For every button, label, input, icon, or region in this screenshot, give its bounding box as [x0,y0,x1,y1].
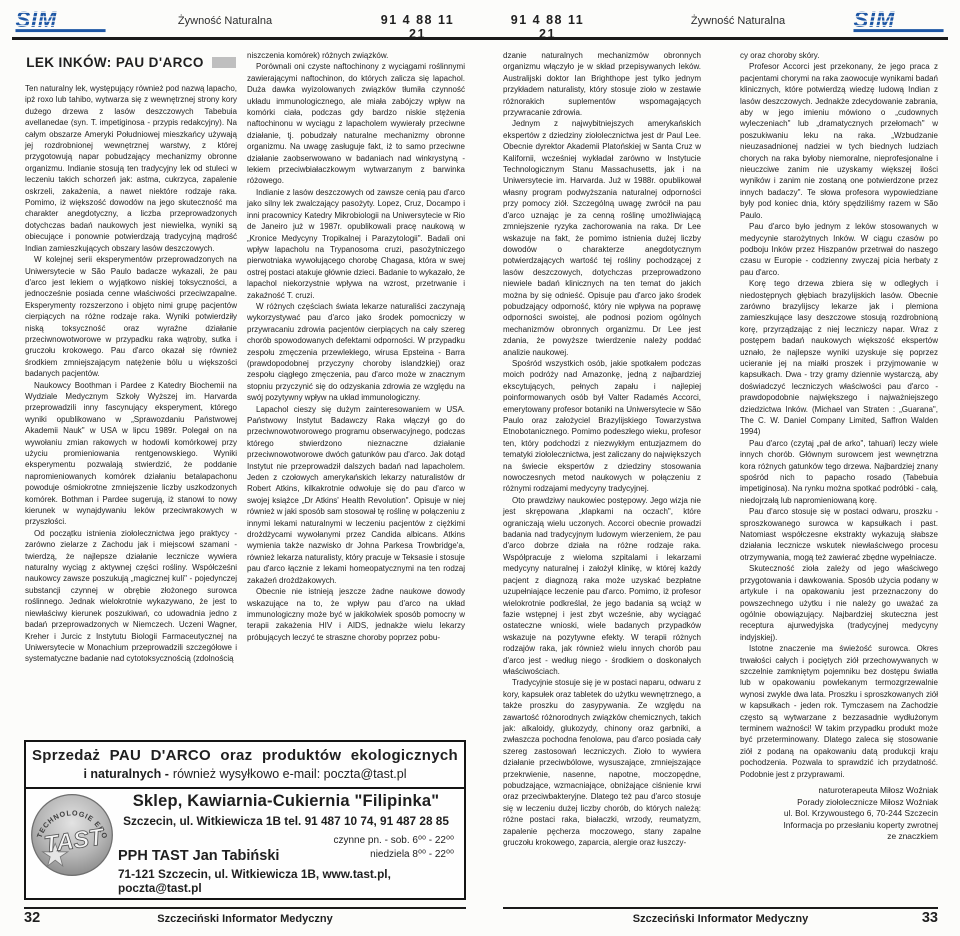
ad-hours-weekdays: czynne pn. - sob. 6⁰⁰ - 22⁰⁰ [333,834,454,848]
paragraph: Obecnie nie istnieją jeszcze żadne nauko… [247,586,465,643]
sim-logo-left: SIM [14,6,110,41]
paragraph: Indianie z lasów deszczowych od zawsze c… [247,187,465,301]
paragraph: niszczenia komórek) różnych związków. [247,50,465,61]
page33-column-2: cy oraz choroby skóry.Profesor Accorci j… [740,50,938,902]
paragraph: W różnych częściach świata lekarze natur… [247,301,465,404]
ad-divider-rule [24,787,466,789]
paragraph: W kolejnej serii eksperymentów przeprowa… [25,254,237,379]
paragraph: Pau d'arco (czytaj „pał de arko", tahuar… [740,438,938,506]
footer-rule-left [24,907,466,909]
journal-title-left: Szczeciński Informator Medyczny [24,913,466,925]
ad-shop-address: Szczecin, ul. Witkiewicza 1B tel. 91 487… [112,814,460,828]
paragraph: Porady ziołolecznicze Miłosz Woźniak [740,797,938,809]
paragraph: Ten naturalny lek, występujący również p… [25,83,237,254]
ad-subheadline-rest: również wysyłkowo e-mail: poczta@tast.pl [173,767,407,781]
sim-logo-graphic: SIM [852,6,948,36]
paragraph: Pau d'arco stosuje się w postaci odwaru,… [740,506,938,563]
ad-shop-name: Sklep, Kawiarnia-Cukiernia "Filipinka" [112,792,460,811]
paragraph: Tradycyjnie stosuje się je w postaci nap… [503,677,701,848]
title-decoration-block [212,57,236,68]
footer-rule-right [503,907,938,909]
header-rule [12,37,948,40]
section-label-left: Żywność Naturalna [145,15,305,27]
ad-hours-sunday: niedziela 8⁰⁰ - 22⁰⁰ [333,848,454,862]
page-number-right: 33 [922,910,938,926]
paragraph: Porównali oni czyste naftochinony z wyci… [247,61,465,186]
paragraph: naturoterapeuta Miłosz Woźniak [740,785,938,797]
paragraph: Pau d'arco było jednym z leków stosowany… [740,221,938,278]
paragraph: cy oraz choroby skóry. [740,50,938,61]
page32-column-1: LEK INKÓW: PAU D'ARCO Ten naturalny lek,… [25,50,237,734]
article-byline: naturoterapeuta Miłosz WoźniakPorady zio… [740,785,938,843]
magazine-spread-page: { "colors": { "logo_blue": "#1d56a4", "t… [0,0,960,936]
paragraph: Profesor Accorci jest przekonany, że jeg… [740,61,938,221]
ad-subheadline: i naturalnych -również wysyłkowo e-mail:… [26,767,464,781]
journal-title-right: Szczeciński Informator Medyczny [503,913,938,925]
brand-text: SIM [853,7,895,32]
sim-logo-graphic: SIM [14,6,110,36]
paragraph: Istotne znaczenie ma świeżość surowca. O… [740,643,938,780]
paragraph: Od początku istnienia ziołolecznictwa je… [25,528,237,665]
advertisement-box: Sprzedaż PAU D'ARCO oraz produktów ekolo… [24,740,466,900]
paragraph: Jednym z najwybitniejszych amerykańskich… [503,118,701,358]
article-text-column: cy oraz choroby skóry.Profesor Accorci j… [740,50,938,780]
page32-column-2: niszczenia komórek) różnych związków.Por… [247,50,465,734]
ad-company-address: 71-121 Szczecin, ul. Witkiewicza 1B, www… [118,867,464,895]
paragraph: Oto prawdziwy naukowiec postępowy. Jego … [503,495,701,678]
tast-logo: TECHNOLOGIE EKOLOGICZNE TAST [30,793,114,877]
paragraph: ul. Bol. Krzywoustego 6, 70-244 Szczecin [740,808,938,820]
paragraph: dzanie naturalnych mechanizmów obronnych… [503,50,701,118]
article-title-row: LEK INKÓW: PAU D'ARCO [25,50,237,74]
paragraph: Lapachol cieszy się dużym zainteresowani… [247,404,465,587]
paragraph: Naukowcy Boothman i Pardee z Katedry Bio… [25,380,237,528]
section-label-right: Żywność Naturalna [658,15,818,27]
ad-headline: Sprzedaż PAU D'ARCO oraz produktów ekolo… [26,747,464,764]
article-title: LEK INKÓW: PAU D'ARCO [26,55,204,70]
page33-column-1: dzanie naturalnych mechanizmów obronnych… [503,50,701,902]
paragraph: ze znaczkiem [740,831,938,843]
ad-company-name: PPH TAST Jan Tabiński [118,848,279,864]
paragraph: Informacja po przesłaniu koperty zwrotne… [740,820,938,832]
paragraph: Spośród wszystkich osób, jakie spotkałem… [503,358,701,495]
paragraph: Korę tego drzewa zbiera się w odległych … [740,278,938,438]
paragraph: Skuteczność zioła zależy od jego właściw… [740,563,938,643]
sim-logo-right: SIM [852,6,948,41]
tast-logo-graphic: TECHNOLOGIE EKOLOGICZNE TAST [30,793,114,877]
ad-subheadline-bold: i naturalnych - [83,767,168,781]
article-text-column: Ten naturalny lek, występujący również p… [25,83,237,665]
brand-text: SIM [15,7,57,32]
ad-opening-hours: czynne pn. - sob. 6⁰⁰ - 22⁰⁰ niedziela 8… [333,834,454,861]
